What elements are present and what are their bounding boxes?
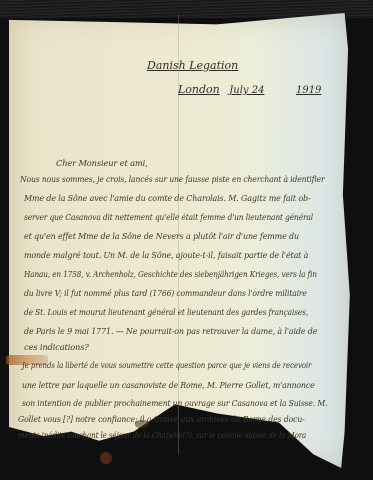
letter-line-14: Gollet vous [?] notre confiance; il a tr… [18, 414, 305, 424]
salutation: Cher Monsieur et ami, [56, 158, 148, 168]
letter-line-6: Hanau, en 1758, v. Archenholz, Geschicht… [24, 269, 317, 279]
letterhead-date: July 24 [229, 85, 264, 96]
letter-line-4: et qu'en effet Mme de la Sône de Nevers … [24, 231, 299, 241]
letter-line-11: Je prends la liberté de vous soumettre c… [22, 360, 311, 370]
wooden-surface [0, 0, 373, 18]
ink-stain [100, 452, 112, 464]
letter-line-13: son intention de publier prochainement u… [22, 398, 327, 408]
letter-line-9: de Paris le 9 mai 1771. — Ne pourrait-on… [24, 326, 317, 336]
letter-line-10: ces indications? [24, 342, 89, 352]
letter-line-8: de St. Louis et mourut lieutenant généra… [24, 307, 308, 317]
letter-line-12: une lettre par laquelle un casanoviste d… [22, 380, 315, 390]
letterhead-year: 1919 [296, 85, 321, 96]
letter-line-15: ments inédits touchant le séjour de la C… [18, 430, 306, 440]
letter-line-2: Mme de la Sône avec l'amie du comte de C… [24, 193, 311, 203]
letter-line-3: server que Casanova dit nettement qu'ell… [24, 212, 313, 222]
letterhead-legation: Danish Legation [147, 59, 238, 72]
letterhead-place-date: London July 24 1919 [178, 83, 321, 96]
letter-line-7: du livre V; il fut nommé plus tard (1766… [24, 288, 307, 298]
letterhead-place: London [178, 83, 220, 96]
letter-line-1: Nous nous sommes, je crois, lancés sur u… [20, 174, 325, 184]
letter-line-5: monde malgré tout. Un M. de la Sône, ajo… [24, 250, 308, 260]
